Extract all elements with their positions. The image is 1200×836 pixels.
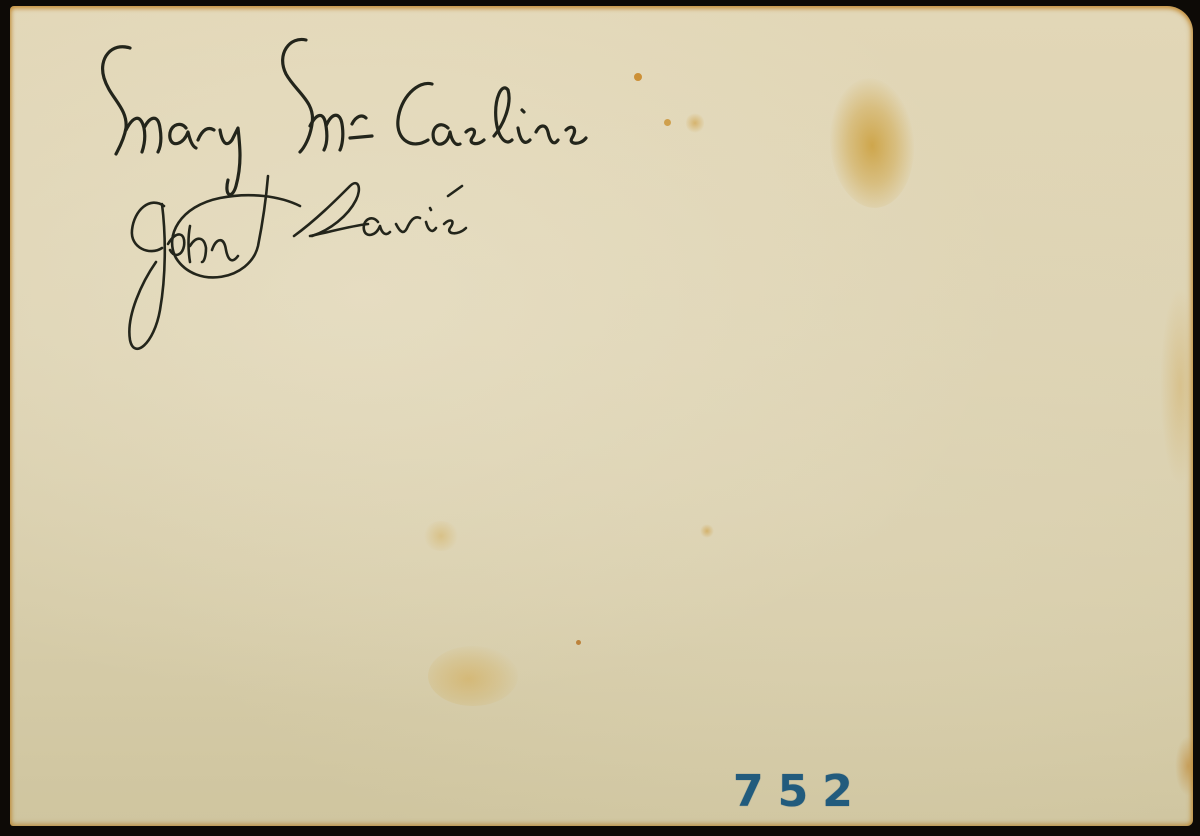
foxing-spot: [576, 640, 581, 645]
edge-discoloration: [1175, 736, 1193, 796]
handwritten-name-1: Mary McCaslin: [0, 0, 1, 1]
handwriting-transcript: Mary McCaslin John Davis: [0, 0, 1, 1]
foxing-spot: [634, 73, 642, 81]
photo-card-back: [10, 6, 1193, 826]
photo-scan: Mary McCaslin John Davis 752: [0, 0, 1200, 836]
edge-discoloration: [1160, 286, 1193, 486]
stamped-catalog-number: 752: [733, 770, 867, 814]
foxing-stain: [826, 75, 919, 211]
foxing-stain: [428, 646, 518, 706]
foxing-spot: [664, 119, 671, 126]
foxing-spot: [686, 112, 704, 134]
foxing-spot: [700, 524, 714, 538]
foxing-spot: [422, 521, 460, 551]
